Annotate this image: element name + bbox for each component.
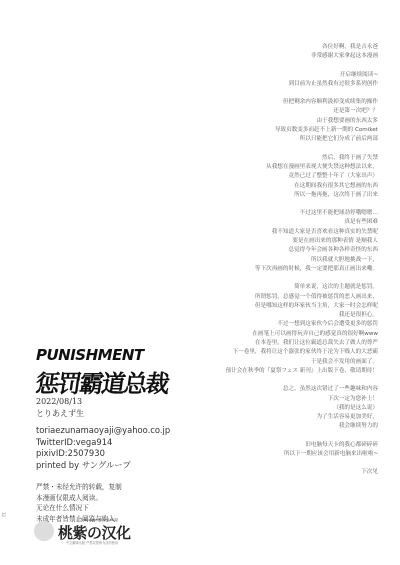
text-line: 所以一拖再拖，这次终于画了出来 — [188, 191, 378, 200]
afterword-paragraph: 不过这里不能把球劲停哦嗯嗯… 真是有些困难 我不知道大家是否喜欢看这种真实的失禁… — [188, 209, 378, 274]
page-number: 32 — [0, 512, 6, 517]
text-line: 我会继续努力的 — [188, 422, 378, 431]
text-line: 但把剩余内容顺利汲掉变成续集的操作 — [188, 98, 378, 107]
text-line: 到目前为止虽然我有过很多系列创作 — [188, 80, 378, 89]
afterword-paragraph: 然后，我终于画了失禁 从我想在漫画里表现大便失禁这种想法以来， 竟然已过了整整十… — [188, 154, 378, 200]
text-line: 所以下一期应该会用新电脑来出啦啦~ — [188, 450, 378, 459]
text-line: 各位好啊，我是吉永爸 — [188, 43, 378, 52]
text-line: 等下次再画的时候，我一定要把那真正画出来嘞。 — [188, 265, 378, 274]
warning-line: 严禁・未经允许的转载，复制 — [36, 482, 122, 493]
afterword-paragraph: 下次见 — [188, 468, 378, 477]
text-line: 所以我就大胆地挑战一下， — [188, 256, 378, 265]
author-name: とりあえず生 — [36, 408, 84, 420]
text-line: 真是有些困难 — [188, 218, 378, 227]
text-line: 竟然已过了整整十年了（大家出声） — [188, 172, 378, 181]
text-line: 总觉得今年会画各种各样奇怪的东西 — [188, 246, 378, 255]
text-line: （我的是这么说） — [188, 404, 378, 413]
text-line: 预计会在秋季的『夏祭フェス 新刊』上出版下卷，敬请期待！ — [188, 367, 378, 376]
text-line: 非常感谢大家拿起这本漫画 — [188, 52, 378, 61]
text-line: 开启继续阅读~ — [188, 71, 378, 80]
text-line: 然后，我终于画了失禁 — [188, 154, 378, 163]
warning-line: 本漫画仅限成人阅读。 — [36, 493, 122, 504]
contact-info: toriaezunamaoyaji@yahoo.co.jp TwitterID:… — [36, 425, 170, 471]
text-line: 总之，虽然这次错过了一些趣味和内容 — [188, 385, 378, 394]
twitter-id: TwitterID:vega914 — [36, 437, 170, 449]
logo-emblem-icon — [34, 521, 54, 541]
afterword-paragraph: 旧电脑每天卡的我心都碎碎碎 所以下一期应该会用新电脑来出啦啦~ — [188, 441, 378, 460]
text-line: 从我想在漫画里表现大便失禁这种想法以来， — [188, 163, 378, 172]
text-line: 在画笔上可以画得玩弄自己的感觉真的很好啊www — [188, 330, 378, 339]
text-line: 下次一定为您补上！ — [188, 395, 378, 404]
translation-group-note: 中文翻译出版 严禁以营利为目的使用 — [66, 540, 118, 545]
text-line: 导致页数变多而赶不上新一期的 Comiket — [188, 126, 378, 135]
printer: printed by サングループ — [36, 460, 170, 472]
text-line: 为了生活容易更加美好， — [188, 413, 378, 422]
text-line: 我还是很担心。 — [188, 311, 378, 320]
text-line: 由于我想要画的东西太多 — [188, 117, 378, 126]
text-line: 我不知道大家是否喜欢看这种真实的失禁呢 — [188, 228, 378, 237]
text-line: 不过这里不能把球劲停哦嗯嗯… — [188, 209, 378, 218]
text-line: 在本卷里，我们让这位霸道总裁失去了做人的尊严 — [188, 339, 378, 348]
text-line: 所以只能把它们分成了前后两部 — [188, 135, 378, 144]
afterword-paragraph: 但把剩余内容顺利汲掉变成续集的操作 还是第一次吧？？ 由于我想要画的东西太多 导… — [188, 98, 378, 144]
text-line: 在这期间我有很多其它想画的东西 — [188, 182, 378, 191]
text-line: 下次见 — [188, 468, 378, 477]
text-line: 旧电脑每天卡的我心都碎碎碎 — [188, 441, 378, 450]
text-line: 还是第一次吧？？ — [188, 107, 378, 116]
title-english: PUNISHMENT — [36, 346, 144, 364]
warning-line: 无论在什么情况下 — [36, 503, 122, 514]
text-line: 要是在画出来的那种表情 是顺我人 — [188, 237, 378, 246]
afterword-paragraph: 总之，虽然这次错过了一些趣味和内容 下次一定为您补上！ （我的是这么说） 为了生… — [188, 385, 378, 431]
text-line: 但是哪知这样的坏家伙当主角，大家一时会怎样呢 — [188, 302, 378, 311]
text-line: 不过一想到这家伙今后会遭受更多的惩罚 — [188, 320, 378, 329]
translation-group-logo: Translated by Sak?? 桃紫の汉化 中文翻译出版 严禁以营利为目… — [34, 519, 130, 545]
text-line: 简单来说，这次的主题就是惩罚。 — [188, 283, 378, 292]
pixiv-id: pixivID:2507930 — [36, 448, 170, 460]
title-chinese: 惩罚霸道总裁 — [34, 364, 171, 399]
afterword-paragraph: 简单来说，这次的主题就是惩罚。 所谓惩罚，总感觉一个值得被惩罚的恶人画出来， 但… — [188, 283, 378, 376]
afterword-text: 各位好啊，我是吉永爸 非常感谢大家拿起这本漫画 开启继续阅读~ 到目前为止虽然我… — [188, 43, 378, 487]
afterword-paragraph: 各位好啊，我是吉永爸 非常感谢大家拿起这本漫画 — [188, 43, 378, 62]
publication-info: 2022/08/13 とりあえず生 — [36, 396, 84, 420]
email: toriaezunamaoyaji@yahoo.co.jp — [36, 425, 170, 437]
text-line: 所谓惩罚，总感觉一个值得被惩罚的恶人画出来， — [188, 293, 378, 302]
text-line: 于是我会不发用的画面了。 — [188, 358, 378, 367]
publication-date: 2022/08/13 — [36, 396, 84, 408]
afterword-paragraph: 开启继续阅读~ 到目前为止虽然我有过很多系列创作 — [188, 71, 378, 90]
text-line: 下一卷里，我将让这个嚣张的家伙终于沦为下贱人的大恶霸 — [188, 348, 378, 357]
